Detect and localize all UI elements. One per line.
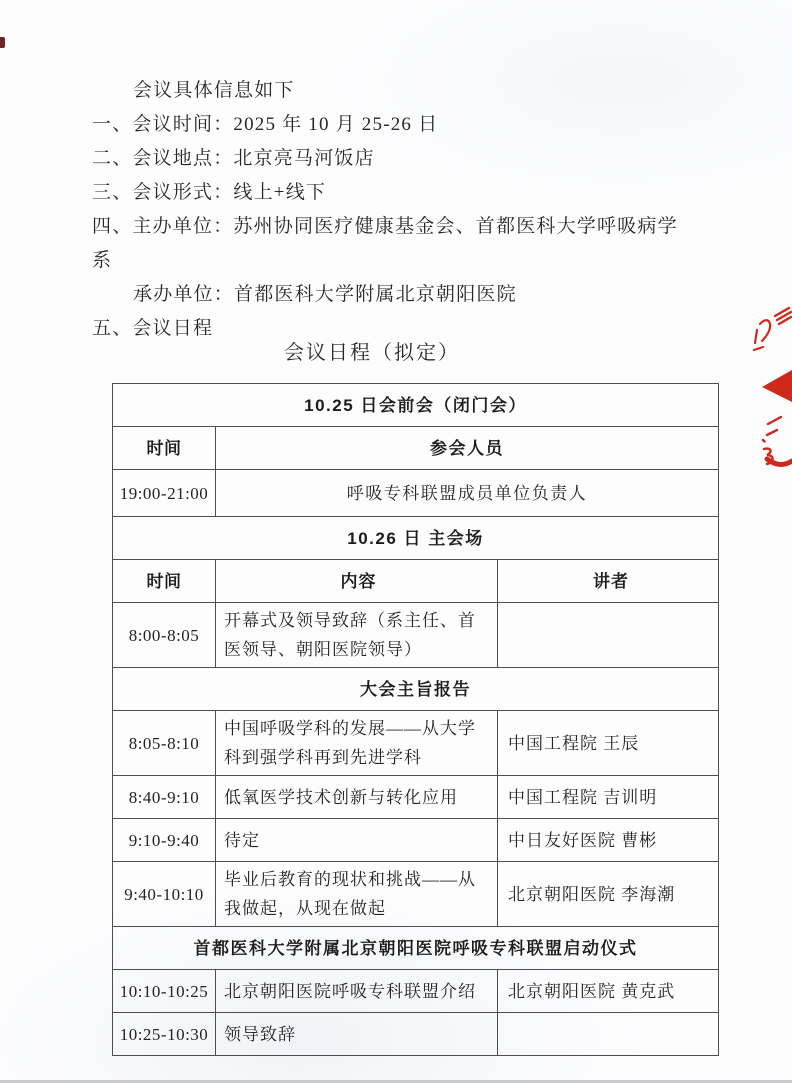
meeting-info-block: 会议具体信息如下 一、会议时间：2025 年 10 月 25-26 日 二、会议… <box>92 74 732 346</box>
meeting-info-line: 二、会议地点：北京亮马河饭店 <box>92 142 732 176</box>
schedule-cell-merged: 呼吸专科联盟成员单位负责人 <box>216 470 719 517</box>
meeting-info-line: 三、会议形式：线上+线下 <box>92 176 732 210</box>
schedule-cell-speaker: 讲者 <box>498 560 719 603</box>
schedule-cell-speaker <box>498 1013 719 1056</box>
document-page: 会议具体信息如下 一、会议时间：2025 年 10 月 25-26 日 二、会议… <box>0 0 792 1083</box>
meeting-info-line: 一、会议时间：2025 年 10 月 25-26 日 <box>92 108 732 142</box>
schedule-cell-time: 8:05-8:10 <box>113 711 216 776</box>
scan-smudge-top-left <box>0 37 5 48</box>
schedule-cell-speaker: 中日友好医院 曹彬 <box>498 819 719 862</box>
schedule-cell-time: 19:00-21:00 <box>113 470 216 517</box>
schedule-cell-content: 领导致辞 <box>216 1013 498 1056</box>
schedule-row: 9:40-10:10毕业后教育的现状和挑战——从我做起，从现在做起北京朝阳医院 … <box>113 862 719 927</box>
schedule-row: 8:40-9:10低氧医学技术创新与转化应用中国工程院 吉训明 <box>113 776 719 819</box>
schedule-cell-speaker: 北京朝阳医院 黄克武 <box>498 970 719 1013</box>
schedule-cell-content: 内容 <box>216 560 498 603</box>
red-arrow-mark <box>762 370 792 402</box>
schedule-cell-time: 9:40-10:10 <box>113 862 216 927</box>
schedule-cell-time: 8:40-9:10 <box>113 776 216 819</box>
schedule-cell-time: 时间 <box>113 560 216 603</box>
schedule-cell-section: 大会主旨报告 <box>113 668 719 711</box>
schedule-row: 时间参会人员 <box>113 427 719 470</box>
schedule-cell-section: 10.26 日 主会场 <box>113 517 719 560</box>
schedule-cell-merged: 参会人员 <box>216 427 719 470</box>
schedule-row: 9:10-9:40待定中日友好医院 曹彬 <box>113 819 719 862</box>
schedule-cell-speaker: 北京朝阳医院 李海潮 <box>498 862 719 927</box>
meeting-info-line: 四、主办单位：苏州协同医疗健康基金会、首都医科大学呼吸病学 <box>92 210 732 244</box>
red-handwriting-upper <box>754 320 770 350</box>
schedule-row: 首都医科大学附属北京朝阳医院呼吸专科联盟启动仪式 <box>113 927 719 970</box>
schedule-cell-time: 10:10-10:25 <box>113 970 216 1013</box>
schedule-cell-time: 9:10-9:40 <box>113 819 216 862</box>
schedule-cell-time: 时间 <box>113 427 216 470</box>
schedule-row: 10.26 日 主会场 <box>113 517 719 560</box>
schedule-cell-section: 10.25 日会前会（闭门会） <box>113 384 719 427</box>
schedule-row: 10:10-10:25北京朝阳医院呼吸专科联盟介绍北京朝阳医院 黄克武 <box>113 970 719 1013</box>
red-hatch-mark <box>775 308 791 324</box>
schedule-cell-content: 中国呼吸学科的发展——从大学科到强学科再到先进学科 <box>216 711 498 776</box>
schedule-row: 大会主旨报告 <box>113 668 719 711</box>
schedule-cell-content: 开幕式及领导致辞（系主任、首医领导、朝阳医院领导） <box>216 603 498 668</box>
schedule-cell-speaker: 中国工程院 吉训明 <box>498 776 719 819</box>
schedule-cell-content: 毕业后教育的现状和挑战——从我做起，从现在做起 <box>216 862 498 927</box>
schedule-cell-time: 8:00-8:05 <box>113 603 216 668</box>
schedule-row: 8:05-8:10中国呼吸学科的发展——从大学科到强学科再到先进学科中国工程院 … <box>113 711 719 776</box>
meeting-info-line: 承办单位：首都医科大学附属北京朝阳医院 <box>92 278 732 312</box>
meeting-info-line: 会议具体信息如下 <box>92 74 732 108</box>
schedule-row: 19:00-21:00呼吸专科联盟成员单位负责人 <box>113 470 719 517</box>
schedule-table-body: 10.25 日会前会（闭门会）时间参会人员19:00-21:00呼吸专科联盟成员… <box>113 384 719 1056</box>
red-handwriting-lower <box>763 417 792 465</box>
schedule-cell-speaker <box>498 603 719 668</box>
red-pen-annotations <box>738 296 792 468</box>
schedule-table: 10.25 日会前会（闭门会）时间参会人员19:00-21:00呼吸专科联盟成员… <box>112 383 719 1056</box>
schedule-title: 会议日程（拟定） <box>92 336 652 365</box>
schedule-row: 10:25-10:30领导致辞 <box>113 1013 719 1056</box>
schedule-cell-section: 首都医科大学附属北京朝阳医院呼吸专科联盟启动仪式 <box>113 927 719 970</box>
schedule-cell-speaker: 中国工程院 王辰 <box>498 711 719 776</box>
schedule-row: 8:00-8:05开幕式及领导致辞（系主任、首医领导、朝阳医院领导） <box>113 603 719 668</box>
schedule-row: 10.25 日会前会（闭门会） <box>113 384 719 427</box>
meeting-info-line: 系 <box>92 244 732 278</box>
schedule-cell-content: 北京朝阳医院呼吸专科联盟介绍 <box>216 970 498 1013</box>
schedule-cell-time: 10:25-10:30 <box>113 1013 216 1056</box>
schedule-row: 时间内容讲者 <box>113 560 719 603</box>
schedule-cell-content: 待定 <box>216 819 498 862</box>
schedule-cell-content: 低氧医学技术创新与转化应用 <box>216 776 498 819</box>
